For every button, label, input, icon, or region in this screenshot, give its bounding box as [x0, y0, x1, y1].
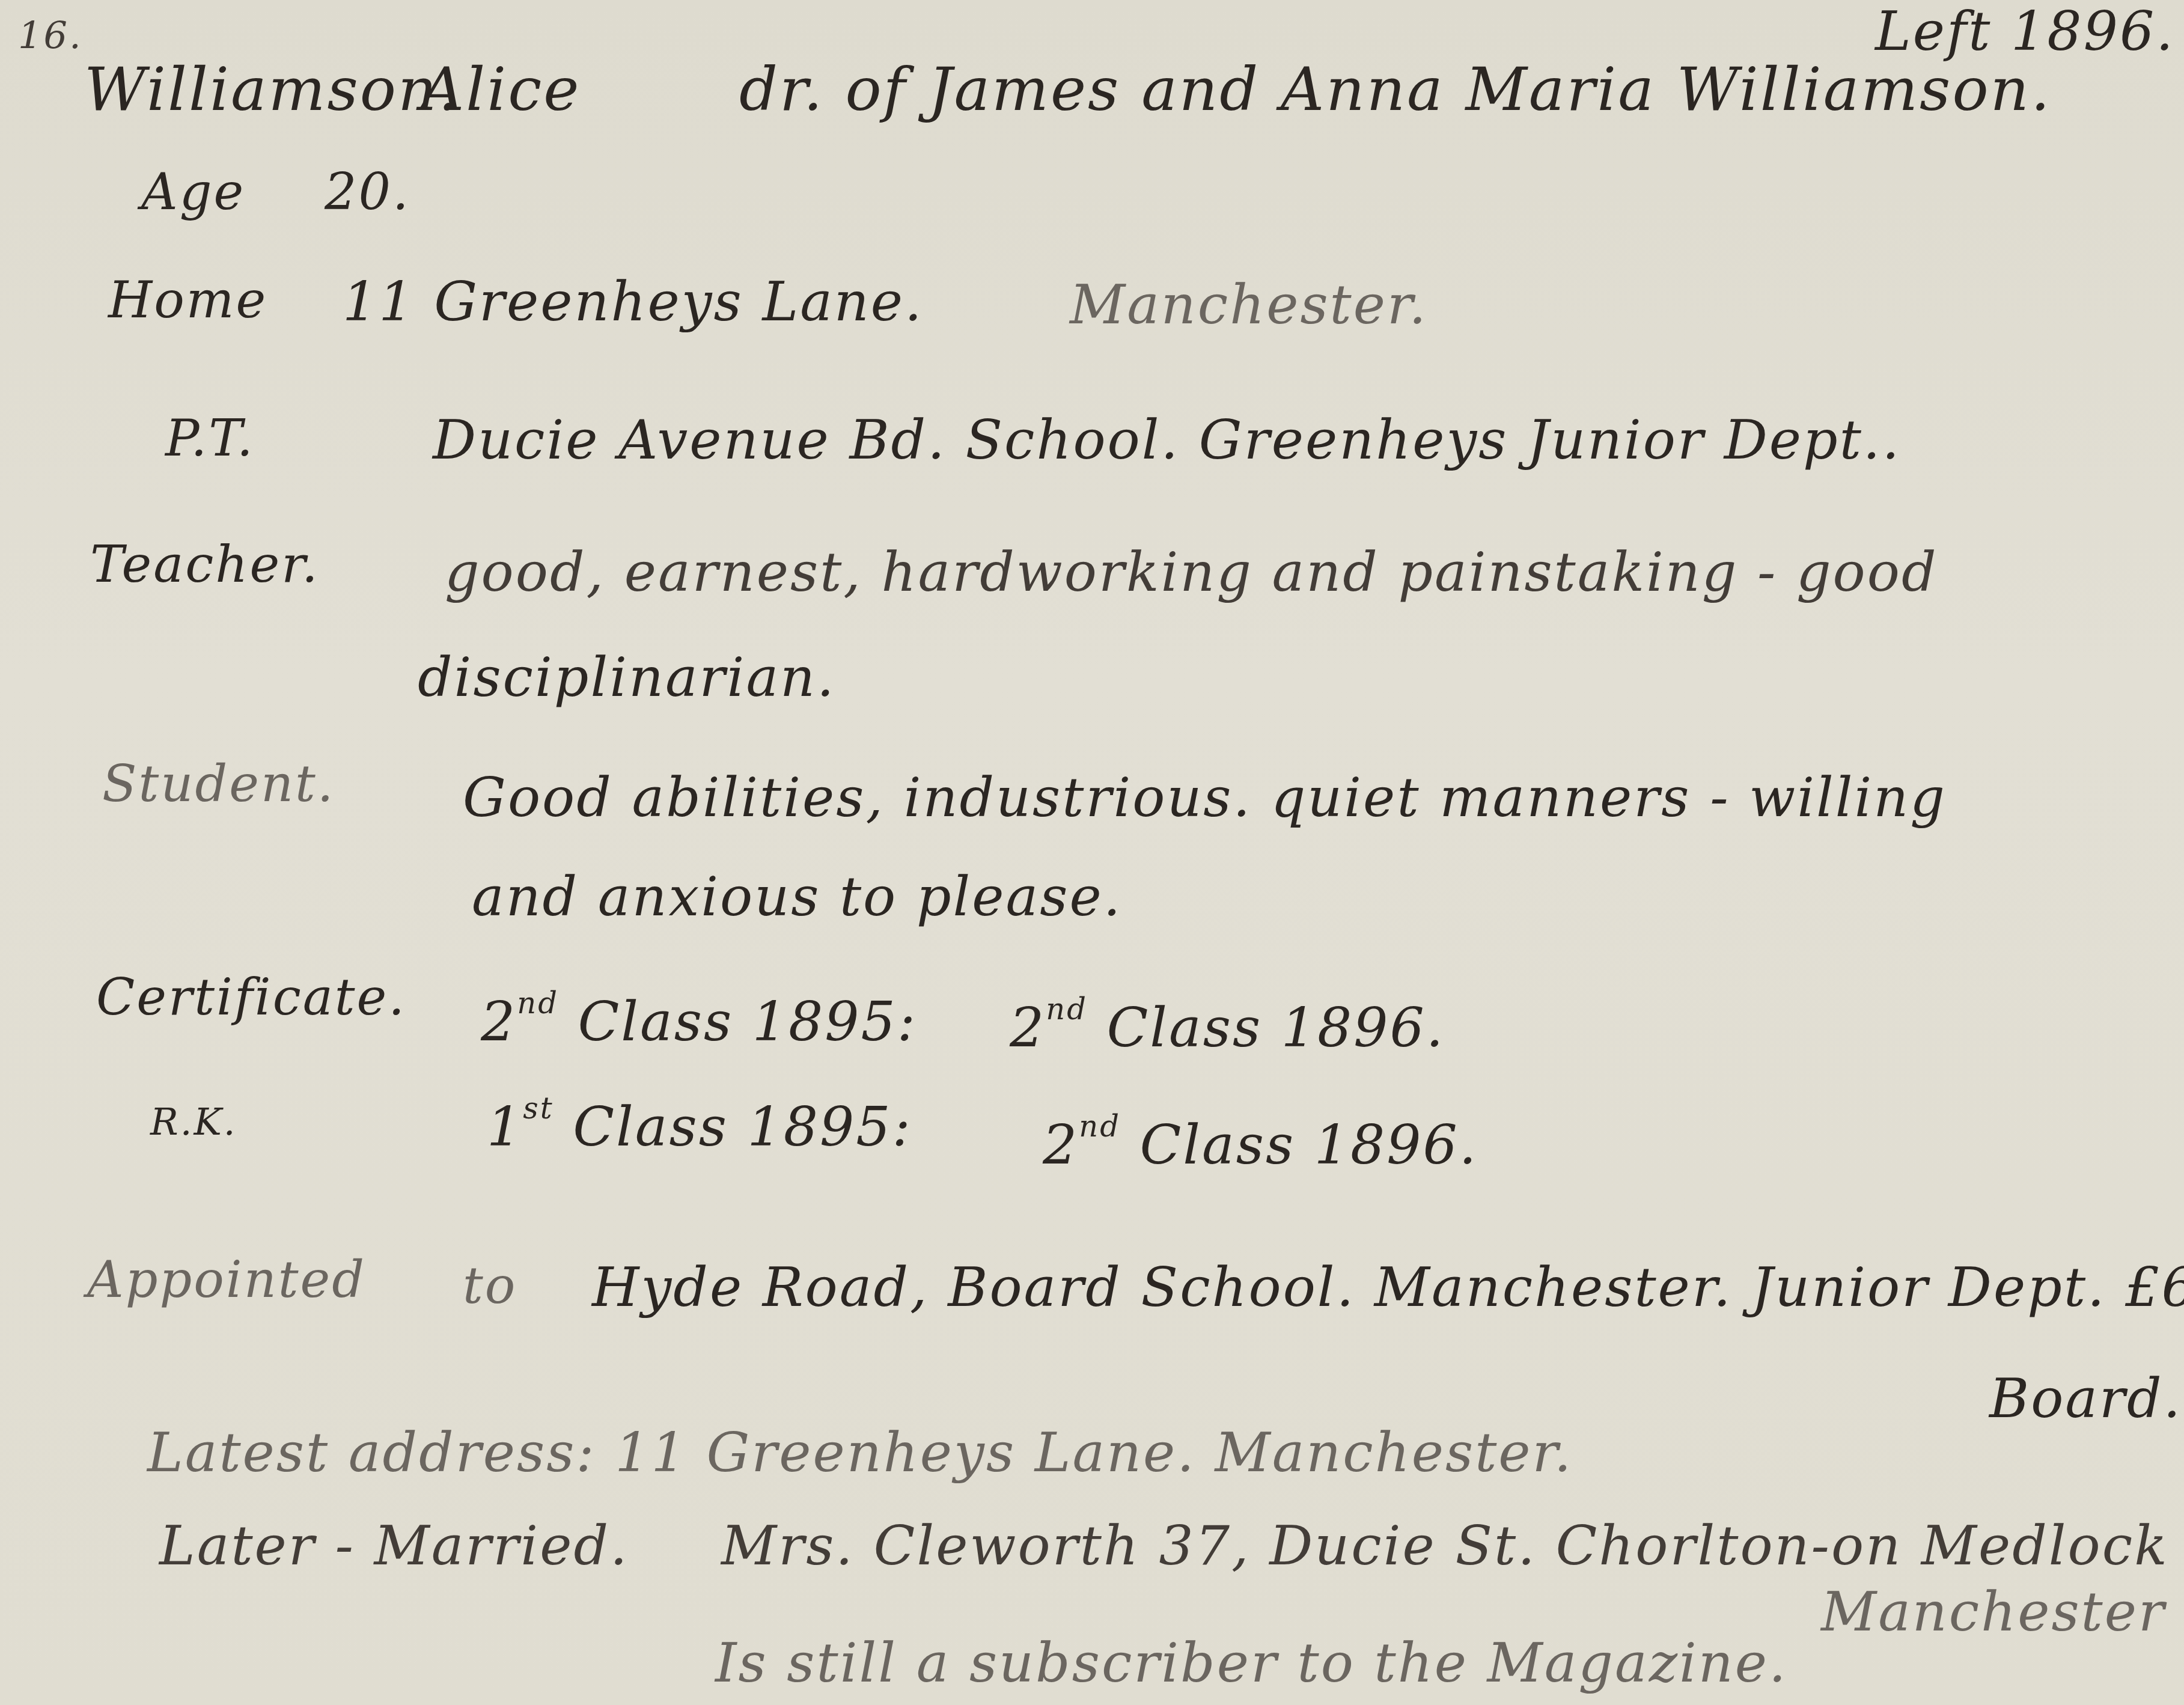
student-remark-line2: and anxious to please.	[472, 865, 1122, 929]
surname: Williamson.	[84, 54, 459, 124]
student-remark-line1: Good abilities, industrious. quiet manne…	[463, 766, 1947, 829]
teacher-remark-line1: good, earnest, hardworking and painstaki…	[445, 541, 1938, 604]
page-number: 16.	[18, 13, 83, 57]
rk-entry-1: 1st Class 1895:	[487, 1091, 912, 1159]
later-married-label: Later - Married.	[159, 1514, 629, 1578]
home-address: 11 Greenheys Lane.	[343, 270, 924, 334]
pt-label: P.T.	[165, 409, 255, 468]
teacher-label: Teacher.	[90, 535, 320, 594]
appointed-value: Hyde Road, Board School. Manchester. Jun…	[592, 1256, 2184, 1319]
home-label: Home	[108, 270, 267, 329]
register-page: 16. Left 1896. Williamson. Alice dr. of …	[0, 0, 2184, 1705]
subscriber-note: Is still a subscriber to the Magazine.	[715, 1632, 1788, 1695]
appointed-value-cont: Board.	[1989, 1367, 2182, 1430]
latest-address: Latest address: 11 Greenheys Lane. Manch…	[147, 1421, 1573, 1484]
rk-entry-2: 2nd Class 1896.	[1043, 1109, 1478, 1177]
later-married-address: Mrs. Cleworth 37, Ducie St. Chorlton-on …	[721, 1514, 2169, 1578]
later-married-city: Manchester -	[1821, 1581, 2184, 1644]
student-label: Student.	[102, 754, 335, 813]
parentage: dr. of James and Anna Maria Williamson.	[739, 54, 2052, 124]
home-city: Manchester.	[1070, 273, 1428, 337]
forename: Alice	[421, 54, 581, 124]
certificate-label: Certificate.	[96, 968, 406, 1026]
appointed-to: to	[463, 1256, 517, 1315]
appointed-label: Appointed	[87, 1250, 366, 1309]
certificate-entry-2: 2nd Class 1896.	[1010, 992, 1445, 1060]
rk-label: R.K.	[150, 1100, 237, 1144]
teacher-remark-line2: disciplinarian.	[418, 646, 836, 709]
age-value: 20.	[325, 162, 410, 221]
certificate-entry-1: 2nd Class 1895:	[481, 986, 917, 1054]
age-label: Age	[141, 162, 245, 221]
pt-value: Ducie Avenue Bd. School. Greenheys Junio…	[433, 409, 1901, 472]
